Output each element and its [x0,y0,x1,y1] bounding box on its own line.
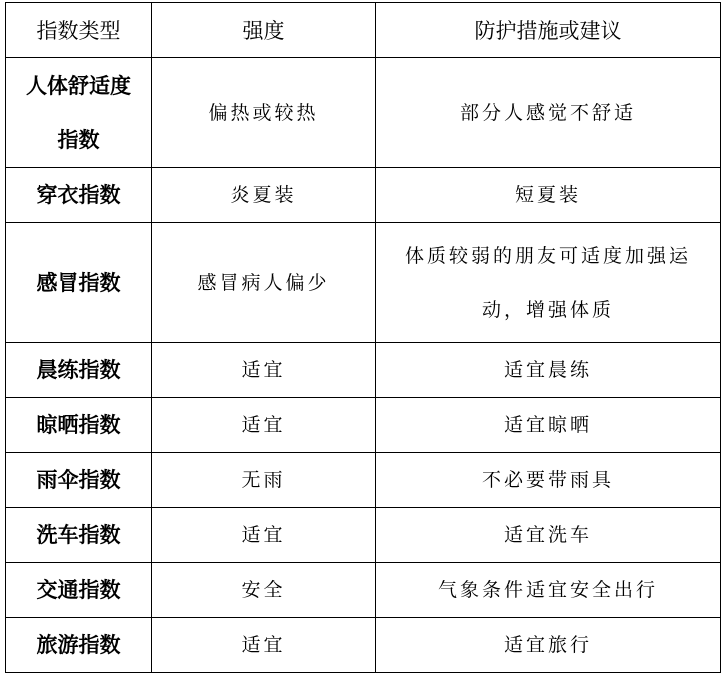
intensity-cell: 适宜 [152,398,376,453]
index-type-cell: 雨伞指数 [6,453,152,508]
intensity-cell: 偏热或较热 [152,58,376,168]
advice-cell: 适宜晨练 [376,343,721,398]
index-type-cell: 人体舒适度 指数 [6,58,152,168]
index-type-cell: 交通指数 [6,563,152,618]
index-type-cell: 感冒指数 [6,223,152,343]
index-type-cell: 旅游指数 [6,618,152,673]
table-row: 旅游指数 适宜 适宜旅行 [6,618,721,673]
intensity-cell: 适宜 [152,343,376,398]
table-row: 人体舒适度 指数 偏热或较热 部分人感觉不舒适 [6,58,721,168]
intensity-cell: 安全 [152,563,376,618]
advice-cell: 部分人感觉不舒适 [376,58,721,168]
table-row: 晾晒指数 适宜 适宜晾晒 [6,398,721,453]
intensity-cell: 感冒病人偏少 [152,223,376,343]
index-type-line: 指数 [6,113,151,167]
intensity-cell: 适宜 [152,508,376,563]
advice-cell: 适宜旅行 [376,618,721,673]
advice-cell: 不必要带雨具 [376,453,721,508]
table-row: 晨练指数 适宜 适宜晨练 [6,343,721,398]
index-type-line: 人体舒适度 [6,59,151,113]
advice-line: 体质较弱的朋友可适度加强运 [376,229,720,283]
table-row: 交通指数 安全 气象条件适宜安全出行 [6,563,721,618]
header-index-type: 指数类型 [6,3,152,58]
advice-cell: 体质较弱的朋友可适度加强运 动，增强体质 [376,223,721,343]
header-intensity: 强度 [152,3,376,58]
header-row: 指数类型 强度 防护措施或建议 [6,3,721,58]
index-type-cell: 穿衣指数 [6,168,152,223]
advice-cell: 气象条件适宜安全出行 [376,563,721,618]
index-type-cell: 洗车指数 [6,508,152,563]
advice-line: 动，增强体质 [376,283,720,337]
index-type-cell: 晾晒指数 [6,398,152,453]
table-row: 穿衣指数 炎夏装 短夏装 [6,168,721,223]
intensity-cell: 适宜 [152,618,376,673]
weather-index-table: 指数类型 强度 防护措施或建议 人体舒适度 指数 偏热或较热 部分人感觉不舒适 … [5,2,721,673]
table-row: 洗车指数 适宜 适宜洗车 [6,508,721,563]
table-row: 感冒指数 感冒病人偏少 体质较弱的朋友可适度加强运 动，增强体质 [6,223,721,343]
advice-cell: 短夏装 [376,168,721,223]
advice-cell: 适宜洗车 [376,508,721,563]
advice-cell: 适宜晾晒 [376,398,721,453]
index-type-cell: 晨练指数 [6,343,152,398]
intensity-cell: 炎夏装 [152,168,376,223]
table-row: 雨伞指数 无雨 不必要带雨具 [6,453,721,508]
header-advice: 防护措施或建议 [376,3,721,58]
intensity-cell: 无雨 [152,453,376,508]
